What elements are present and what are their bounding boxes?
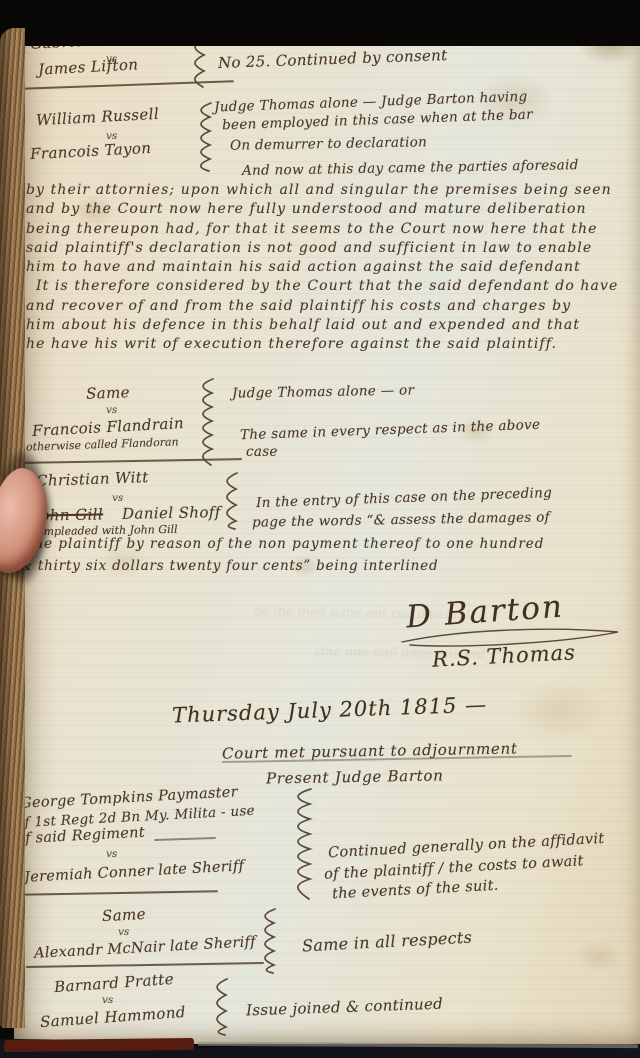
case3-note-line: case [246, 444, 278, 460]
background-top [0, 0, 640, 46]
judgment-paragraph: by their attornies; upon which all and s… [26, 182, 640, 356]
case4-note-line: page the words “& assess the damages of [252, 509, 550, 530]
case2-defendant: Francois Tayon [30, 139, 152, 163]
case6-vs: vs [118, 926, 129, 938]
case3-note-line: Judge Thomas alone — or [232, 382, 415, 401]
case4-note-line: & thirty six dollars twenty four cents” … [20, 558, 438, 574]
case6-defendant: Alexandr McNair late Sheriff [34, 934, 257, 962]
case7-vs: vs [102, 994, 113, 1006]
case2-plaintiff: William Russell [36, 105, 160, 129]
judgment-line: and by the Court now here fully understo… [26, 201, 640, 220]
ledger-page: 398 ac ine med oane ent ruc one anit sin… [14, 6, 640, 1044]
case4-added-defendant: Daniel Shoff [122, 503, 221, 523]
case5-note-line: the events of the suit. [332, 878, 499, 903]
case2-note-line: On demurrer to declaration [230, 134, 427, 153]
case7-defendant: Samuel Hammond [40, 1003, 187, 1031]
case3-plaintiff: Same [86, 383, 131, 403]
judgment-line: being thereupon had, for that it seems t… [26, 221, 640, 240]
brace-squiggle-icon [222, 472, 240, 530]
judgment-line: said plaintiff's declaration is not good… [26, 240, 640, 259]
judgment-line: him about his defence in this behalf lai… [26, 317, 640, 336]
case4-plaintiff: Christian Witt [36, 468, 149, 490]
entry-rule [18, 890, 218, 895]
brace-squiggle-icon [196, 102, 214, 172]
entry-rule [26, 962, 264, 968]
case4-note-line: the plaintiff by reason of the non payme… [28, 536, 544, 552]
brace-squiggle-icon [260, 908, 278, 974]
judgment-line: him to have and maintain his said action… [26, 259, 640, 278]
brace-squiggle-icon [198, 378, 216, 466]
judgment-line: by their attornies; upon which all and s… [26, 182, 640, 201]
case6-note: Same in all respects [302, 928, 473, 956]
judgment-line: and recover of and from the said plainti… [26, 298, 640, 317]
case2-note-line: And now at this day came the parties afo… [242, 157, 579, 179]
case4-note-line: In the entry of this case on the precedi… [256, 485, 553, 511]
judgment-line: It is therefore considered by the Court … [26, 278, 640, 297]
judgment-line: he have his writ of execution therefore … [26, 336, 640, 355]
entry-rule [154, 837, 216, 841]
session-line2: Present Judge Barton [266, 766, 444, 787]
case1-defendant: James Lifton [38, 55, 139, 78]
case3-note-line: The same in every respect as in the abov… [240, 417, 541, 443]
case5-vs: vs [106, 848, 117, 860]
photo-frame: 398 ac ine med oane ent ruc one anit sin… [0, 0, 640, 1058]
case1-note: No 25. Continued by consent [218, 46, 448, 72]
case7-plaintiff: Barnard Pratte [54, 970, 175, 996]
brace-squiggle-icon [292, 788, 314, 900]
session-line1: Court met pursuant to adjournment [222, 739, 518, 762]
book-cover-edge [4, 1038, 194, 1052]
case3-vs: vs [106, 404, 117, 416]
session-date-heading: Thursday July 20th 1815 — [172, 693, 488, 728]
case7-note: Issue joined & continued [246, 995, 444, 1020]
case6-plaintiff: Same [102, 905, 147, 925]
brace-squiggle-icon [212, 978, 230, 1036]
case4-vs: vs [112, 492, 123, 504]
case5-defendant: Jeremiah Conner late Sheriff [24, 858, 245, 886]
